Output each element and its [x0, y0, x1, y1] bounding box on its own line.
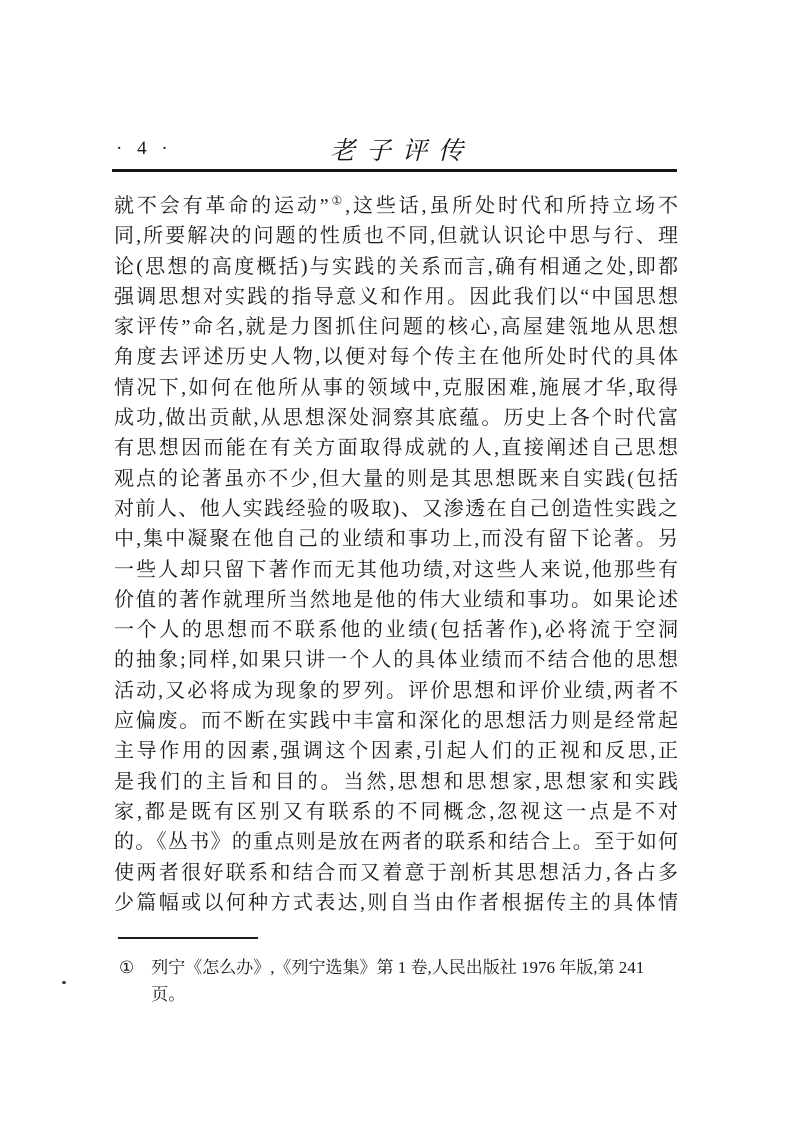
text-line: 情况下,如何在他所从事的领域中,克服困难,施展才华,取得: [114, 373, 678, 403]
text-line-post: ,这些话,虽所处时代和所持立场不: [345, 195, 678, 217]
body-text: 就不会有革命的运动”①,这些话,虽所处时代和所持立场不 同,所要解决的问题的性质…: [114, 191, 678, 918]
text-line: 是我们的主旨和目的。当然,思想和思想家,思想家和实践: [114, 767, 678, 797]
scan-speck: [62, 981, 66, 984]
text-line: 应偏废。而不断在实践中丰富和深化的思想活力则是经常起: [114, 706, 678, 736]
text-line: 有思想因而能在有关方面取得成就的人,直接阐述自己思想: [114, 433, 678, 463]
text-line: 价值的著作就理所当然地是他的伟大业绩和事功。如果论述: [114, 585, 678, 615]
text-line: 家评传”命名,就是力图抓住问题的核心,高屋建瓴地从思想: [114, 312, 678, 342]
footnote-separator: [118, 937, 258, 939]
text-line-pre: 就不会有革命的运动”: [114, 195, 329, 217]
text-line: 成功,做出贡献,从思想深处洞察其底蕴。历史上各个时代富: [114, 403, 678, 433]
text-line: 使两者很好联系和结合而又着意于剖析其思想活力,各占多: [114, 858, 678, 888]
footnote-reference-marker: ①: [329, 193, 345, 207]
book-page: · 4 · 老子评传 就不会有革命的运动”①,这些话,虽所处时代和所持立场不 同…: [0, 0, 793, 1122]
text-line: 的。《丛书》的重点则是放在两者的联系和结合上。至于如何: [114, 827, 678, 857]
text-line: 少篇幅或以何种方式表达,则自当由作者根据传主的具体情: [114, 888, 678, 918]
text-line: 对前人、他人实践经验的吸取)、又渗透在自己创造性实践之: [114, 494, 678, 524]
text-line: 中,集中凝聚在他自己的业绩和事功上,而没有留下论著。另: [114, 524, 678, 554]
text-line: 一个人的思想而不联系他的业绩(包括著作),必将流于空洞: [114, 615, 678, 645]
text-line: 角度去评述历史人物,以便对每个传主在他所处时代的具体: [114, 342, 678, 372]
text-line: 家,都是既有区别又有联系的不同概念,忽视这一点是不对: [114, 797, 678, 827]
text-line: 论(思想的高度概括)与实践的关系而言,确有相通之处,即都: [114, 252, 678, 282]
footnote-text: 列宁《怎么办》,《列宁选集》第 1 卷,人民出版社 1976 年版,第 241 …: [151, 954, 679, 1008]
text-line: 的抽象;同样,如果只讲一个人的具体业绩而不结合他的思想: [114, 645, 678, 675]
footnote-marker: ①: [119, 954, 134, 981]
header-rule: [112, 169, 677, 172]
text-line: 同,所要解决的问题的性质也不同,但就认识论中思与行、理: [114, 221, 678, 251]
book-title: 老子评传: [0, 131, 793, 167]
text-line: 观点的论著虽亦不少,但大量的则是其思想既来自实践(包括: [114, 464, 678, 494]
text-line: 活动,又必将成为现象的罗列。评价思想和评价业绩,两者不: [114, 676, 678, 706]
text-line: 一些人却只留下著作而无其他功绩,对这些人来说,他那些有: [114, 555, 678, 585]
text-line: 就不会有革命的运动”①,这些话,虽所处时代和所持立场不: [114, 191, 678, 221]
footnote: ① 列宁《怎么办》,《列宁选集》第 1 卷,人民出版社 1976 年版,第 24…: [119, 954, 679, 1008]
text-line: 主导作用的因素,强调这个因素,引起人们的正视和反思,正: [114, 736, 678, 766]
text-line: 强调思想对实践的指导意义和作用。因此我们以“中国思想: [114, 282, 678, 312]
